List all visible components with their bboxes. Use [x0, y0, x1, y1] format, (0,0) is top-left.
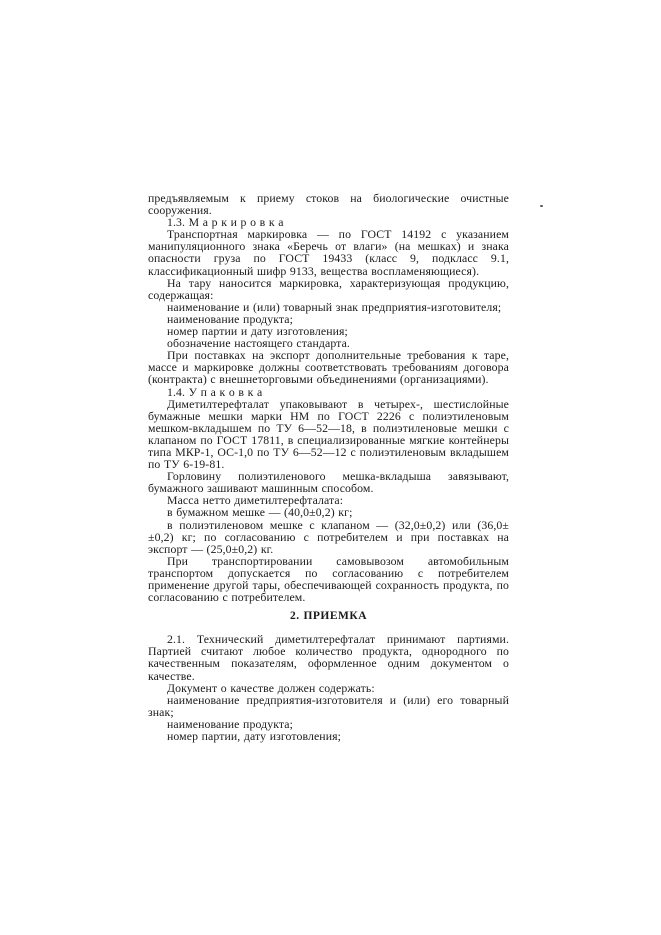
list-item-manufacturer-mark-2: наименование предприятия-изготовителя и …: [148, 694, 509, 718]
body-text-block: предъявляемым к приему стоков на биологи…: [148, 192, 509, 742]
list-item-batch-date-2: номер партии, дату изготовления;: [148, 730, 509, 742]
continuation-paragraph: предъявляемым к приему стоков на биологи…: [148, 192, 509, 216]
paragraph-quality-doc-intro: Документ о качестве должен содержать:: [148, 682, 509, 694]
paragraph-tara-marking: На тару наносится маркировка, характериз…: [148, 277, 509, 301]
scan-artifact-dot: [540, 205, 543, 207]
paragraph-bag-closing: Горловину полиэтиленового мешка-вкладыша…: [148, 470, 509, 494]
subsection-heading-1-4: 1.4. У п а к о в к а: [148, 386, 509, 398]
paragraph-2-1-acceptance: 2.1. Технический диметилтерефталат прини…: [148, 633, 509, 681]
paragraph-export-requirements: При поставках на экспорт дополнительные …: [148, 349, 509, 385]
paragraph-self-transport: При транспортировании самовывозом автомо…: [148, 555, 509, 603]
section-heading-acceptance: 2. ПРИЕМКА: [148, 610, 509, 622]
paragraph-pe-bag-mass: в полиэтиленовом мешке с клапаном — (32,…: [148, 519, 509, 555]
list-item-paper-bag-mass: в бумажном мешке — (40,0±0,2) кг;: [148, 506, 509, 518]
paragraph-packaging: Диметилтерефталат упаковывают в четырех-…: [148, 398, 509, 471]
document-page: предъявляемым к приему стоков на биологи…: [0, 0, 661, 935]
paragraph-transport-marking: Транспортная маркировка — по ГОСТ 14192 …: [148, 228, 509, 276]
